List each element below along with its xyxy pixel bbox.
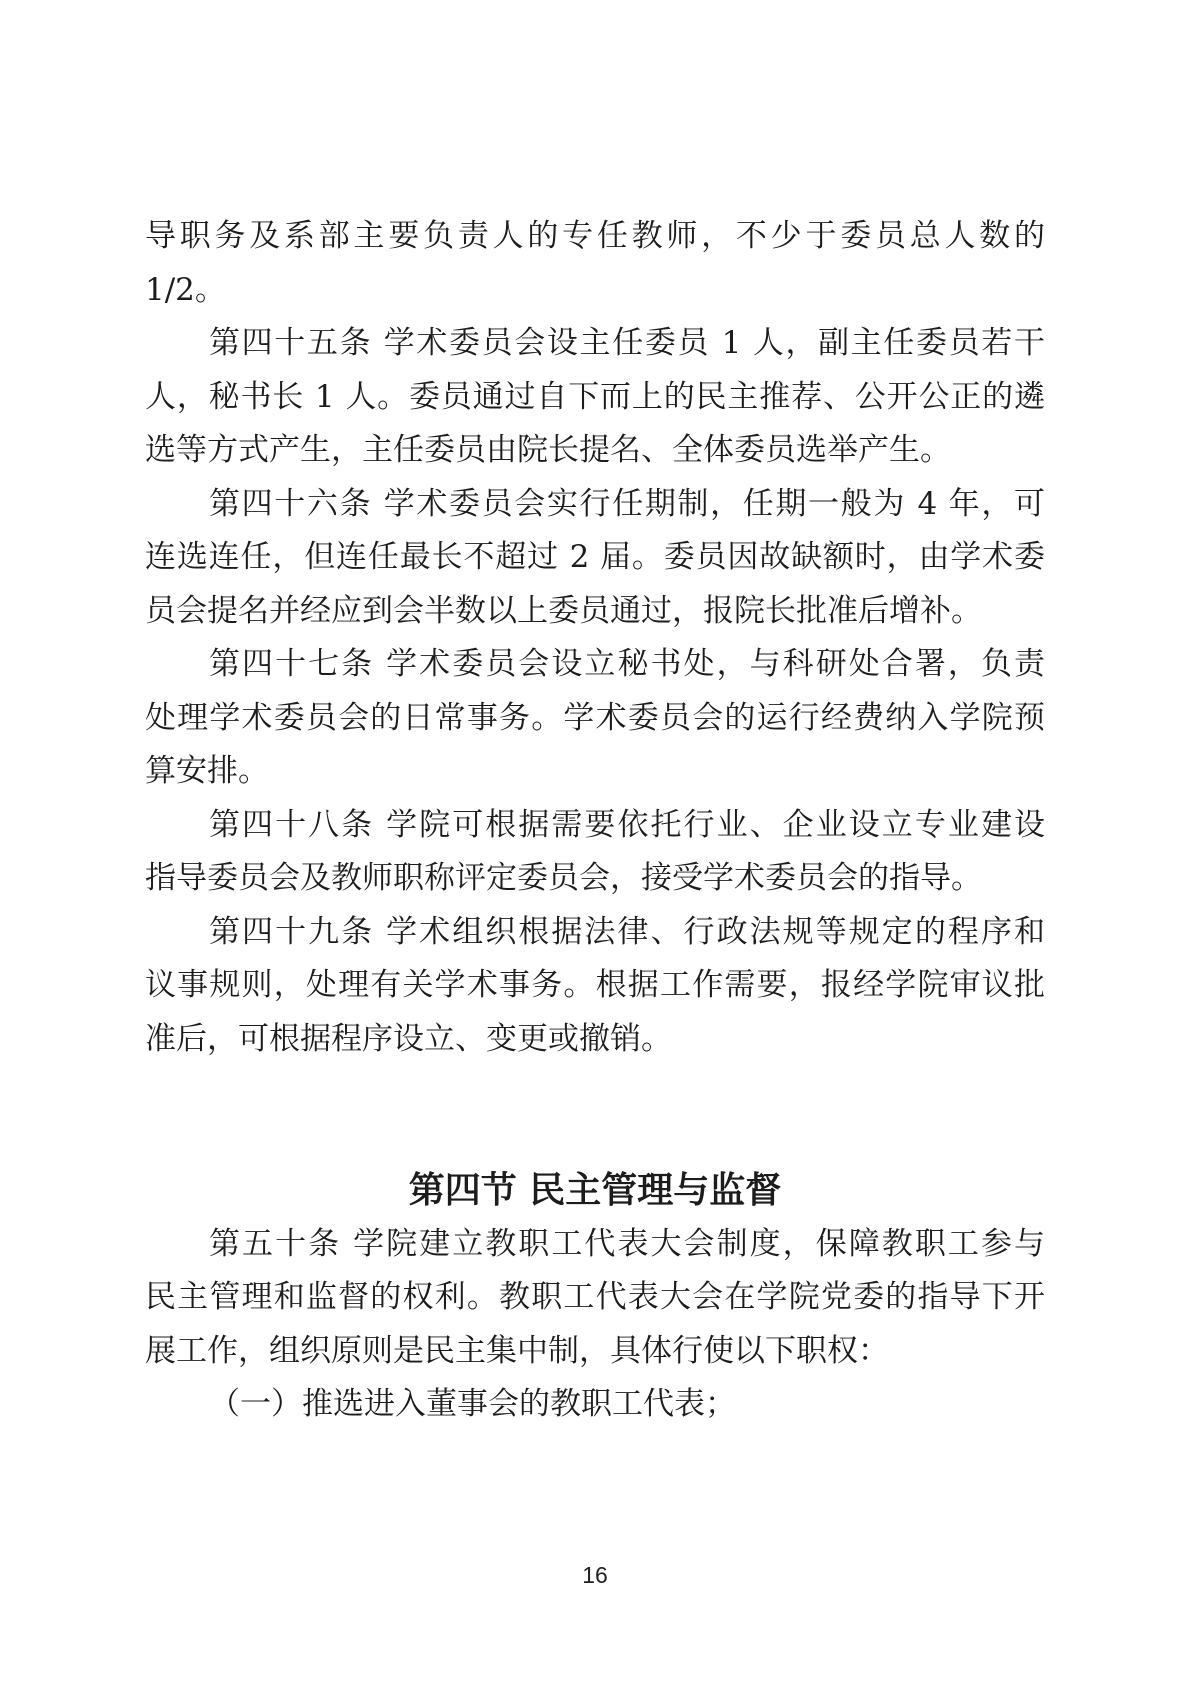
text-line: 人，秘书长 1 人。委员通过自下而上的民主推荐、公开公正的遴 — [145, 371, 1045, 425]
text-line: 1/2。 — [145, 264, 1045, 318]
text-line: 第四十五条 学术委员会设主任委员 1 人，副主任委员若干 — [145, 317, 1045, 371]
text-line: 连选连任，但连任最长不超过 2 届。委员因故缺额时，由学术委 — [145, 531, 1045, 585]
section-heading: 第四节 民主管理与监督 — [145, 1164, 1045, 1218]
text-line: 第四十六条 学术委员会实行任期制，任期一般为 4 年，可 — [145, 478, 1045, 532]
text-line: 民主管理和监督的权利。教职工代表大会在学院党委的指导下开 — [145, 1271, 1045, 1325]
text-line: 选等方式产生，主任委员由院长提名、全体委员选举产生。 — [145, 424, 1045, 478]
page-number: 16 — [0, 1560, 1190, 1590]
document-page: 导职务及系部主要负责人的专任教师，不少于委员总人数的1/2。第四十五条 学术委员… — [0, 0, 1190, 1683]
text-line: 指导委员会及教师职称评定委员会，接受学术委员会的指导。 — [145, 852, 1045, 906]
text-line: 第四十八条 学院可根据需要依托行业、企业设立专业建设 — [145, 799, 1045, 853]
text-line: 第五十条 学院建立教职工代表大会制度，保障教职工参与 — [145, 1218, 1045, 1272]
text-line: 算安排。 — [145, 745, 1045, 799]
text-line: 展工作，组织原则是民主集中制，具体行使以下职权： — [145, 1325, 1045, 1379]
text-line: 准后，可根据程序设立、变更或撤销。 — [145, 1013, 1045, 1067]
text-line: 处理学术委员会的日常事务。学术委员会的运行经费纳入学院预 — [145, 692, 1045, 746]
text-line: （一）推选进入董事会的教职工代表； — [145, 1378, 1045, 1432]
text-line: 第四十九条 学术组织根据法律、行政法规等规定的程序和 — [145, 906, 1045, 960]
text-line: 议事规则，处理有关学术事务。根据工作需要，报经学院审议批 — [145, 959, 1045, 1013]
text-line: 导职务及系部主要负责人的专任教师，不少于委员总人数的 — [145, 210, 1045, 264]
document-text-block: 导职务及系部主要负责人的专任教师，不少于委员总人数的1/2。第四十五条 学术委员… — [145, 210, 1045, 1432]
text-line: 第四十七条 学术委员会设立秘书处，与科研处合署，负责 — [145, 638, 1045, 692]
text-line: 员会提名并经应到会半数以上委员通过，报院长批准后增补。 — [145, 585, 1045, 639]
